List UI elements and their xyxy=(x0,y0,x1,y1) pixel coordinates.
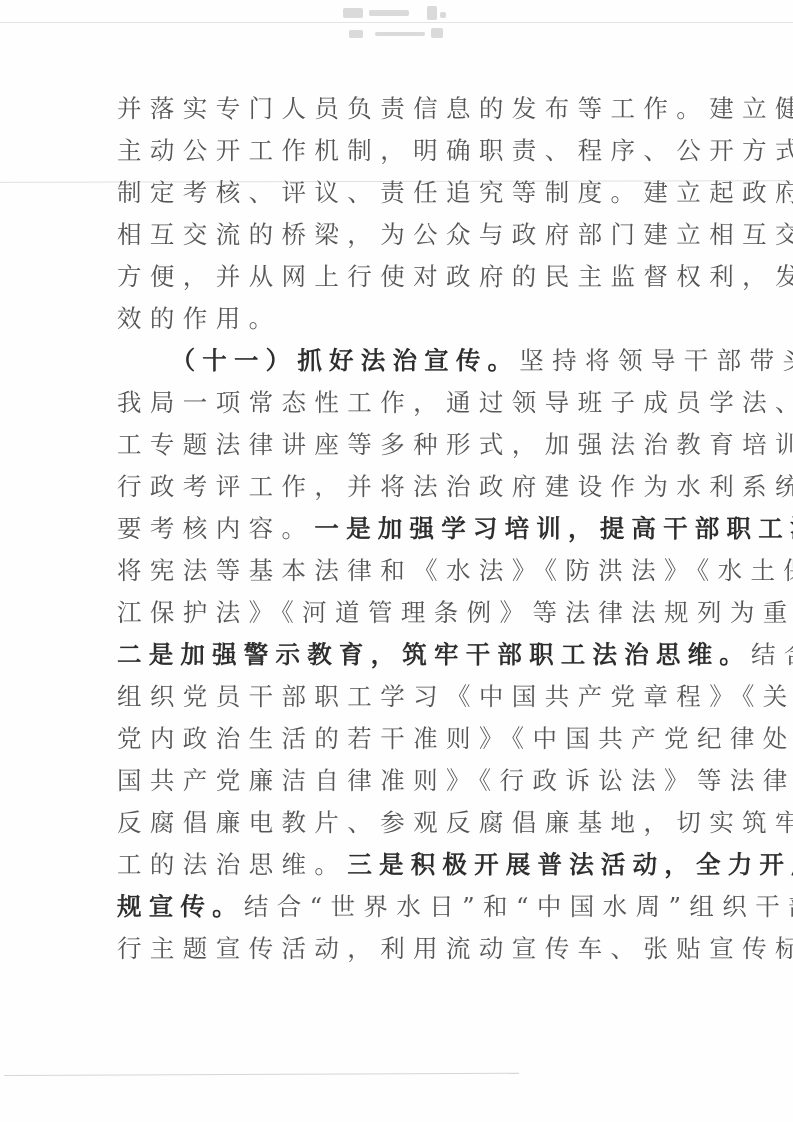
text-line: 行政考评工作，并将法治政府建设作为水利系统年度目标重 xyxy=(117,466,677,508)
text-line: 方便，并从网上行使对政府的民主监督权利，发挥了积极有 xyxy=(117,256,677,298)
body-text: 坚持将领导干部带头学法作为 xyxy=(519,346,793,375)
body-text: 方便，并从网上行使对政府的民主监督权利，发挥了积极有 xyxy=(117,262,793,291)
body-text: 组织党员干部职工学习《中国共产党章程》《关于新形势下 xyxy=(117,682,793,711)
body-text: 结合“世界水日”和“中国水周”组织干部职工进 xyxy=(244,892,793,921)
bold-heading-text: （十一）抓好法治宣传。 xyxy=(183,346,519,375)
body-text: 反腐倡廉电教片、参观反腐倡廉基地，切实筑牢水利干部职 xyxy=(117,808,793,837)
body-text: 制定考核、评议、责任追究等制度。建立起政府与公众之间 xyxy=(117,178,793,207)
body-text: 结合党建工作， xyxy=(751,640,793,669)
text-line: 反腐倡廉电教片、参观反腐倡廉基地，切实筑牢水利干部职 xyxy=(117,802,677,844)
text-line: 工专题法律讲座等多种形式，加强法治教育培训。推进依法 xyxy=(117,424,677,466)
text-line: 相互交流的桥梁，为公众与政府部门建立相互交流平台提供 xyxy=(117,214,677,256)
body-text: 国共产党廉洁自律准则》《行政诉讼法》等法律法规，收看 xyxy=(117,766,793,795)
text-line: 党内政治生活的若干准则》《中国共产党纪律处分条例》《中 xyxy=(117,718,677,760)
bold-heading-text: 规宣传。 xyxy=(117,892,244,921)
bold-heading-text: 二是加强警示教育，筑牢干部职工法治思维。 xyxy=(117,640,751,669)
text-line: 效的作用。 xyxy=(117,298,677,340)
body-text: 效的作用。 xyxy=(117,304,282,333)
text-line: 将宪法等基本法律和《水法》《防洪法》《水土保持法》《长 xyxy=(117,550,677,592)
text-line: 江保护法》《河道管理条例》等法律法规列为重点进行学习。 xyxy=(117,592,677,634)
text-line: 制定考核、评议、责任追究等制度。建立起政府与公众之间 xyxy=(117,172,677,214)
body-text: 江保护法》《河道管理条例》等法律法规列为重点进行学习。 xyxy=(117,598,793,627)
text-line: 规宣传。结合“世界水日”和“中国水周”组织干部职工进 xyxy=(117,886,677,928)
scan-line-top xyxy=(0,22,793,23)
body-text: 行政考评工作，并将法治政府建设作为水利系统年度目标重 xyxy=(117,472,793,501)
text-line: 国共产党廉洁自律准则》《行政诉讼法》等法律法规，收看 xyxy=(117,760,677,802)
body-text: 将宪法等基本法律和《水法》《防洪法》《水土保持法》《长 xyxy=(117,556,793,585)
body-text: 相互交流的桥梁，为公众与政府部门建立相互交流平台提供 xyxy=(117,220,793,249)
body-text: 要考核内容。 xyxy=(117,514,314,543)
body-text: 工专题法律讲座等多种形式，加强法治教育培训。推进依法 xyxy=(117,430,793,459)
text-line: 组织党员干部职工学习《中国共产党章程》《关于新形势下 xyxy=(117,676,677,718)
bold-heading-text: 一是加强学习培训，提高干部职工法律意识。 xyxy=(314,514,793,543)
body-text: 我局一项常态性工作，通过领导班子成员学法、全局干部职 xyxy=(117,388,793,417)
document-body: 并落实专门人员负责信息的发布等工作。建立健全政府信息主动公开工作机制，明确职责、… xyxy=(117,88,677,970)
text-line: 我局一项常态性工作，通过领导班子成员学法、全局干部职 xyxy=(117,382,677,424)
text-line: 并落实专门人员负责信息的发布等工作。建立健全政府信息 xyxy=(117,88,677,130)
text-line: 行主题宣传活动，利用流动宣传车、张贴宣传标语等多形式 xyxy=(117,928,677,970)
scan-line-bottom xyxy=(4,1073,519,1076)
text-line: 要考核内容。一是加强学习培训，提高干部职工法律意识。 xyxy=(117,508,677,550)
scan-header-artifact xyxy=(335,4,470,42)
body-text xyxy=(117,346,183,375)
text-line: 二是加强警示教育，筑牢干部职工法治思维。结合党建工作， xyxy=(117,634,677,676)
body-text: 主动公开工作机制，明确职责、程序、公开方式和时限要求， xyxy=(117,136,793,165)
body-text: 并落实专门人员负责信息的发布等工作。建立健全政府信息 xyxy=(117,94,793,123)
body-text: 党内政治生活的若干准则》《中国共产党纪律处分条例》《中 xyxy=(117,724,793,753)
text-line: 工的法治思维。三是积极开展普法活动，全力开展水法律法 xyxy=(117,844,677,886)
body-text: 工的法治思维。 xyxy=(117,850,347,879)
body-text: 行主题宣传活动，利用流动宣传车、张贴宣传标语等多形式 xyxy=(117,934,793,963)
text-line: 主动公开工作机制，明确职责、程序、公开方式和时限要求， xyxy=(117,130,677,172)
text-line: （十一）抓好法治宣传。坚持将领导干部带头学法作为 xyxy=(117,340,677,382)
paragraph-p1: 并落实专门人员负责信息的发布等工作。建立健全政府信息主动公开工作机制，明确职责、… xyxy=(117,88,677,340)
bold-heading-text: 三是积极开展普法活动，全力开展水法律法 xyxy=(347,850,793,879)
scanned-document-page: 并落实专门人员负责信息的发布等工作。建立健全政府信息主动公开工作机制，明确职责、… xyxy=(0,0,793,1122)
paragraph-p2: （十一）抓好法治宣传。坚持将领导干部带头学法作为我局一项常态性工作，通过领导班子… xyxy=(117,340,677,970)
